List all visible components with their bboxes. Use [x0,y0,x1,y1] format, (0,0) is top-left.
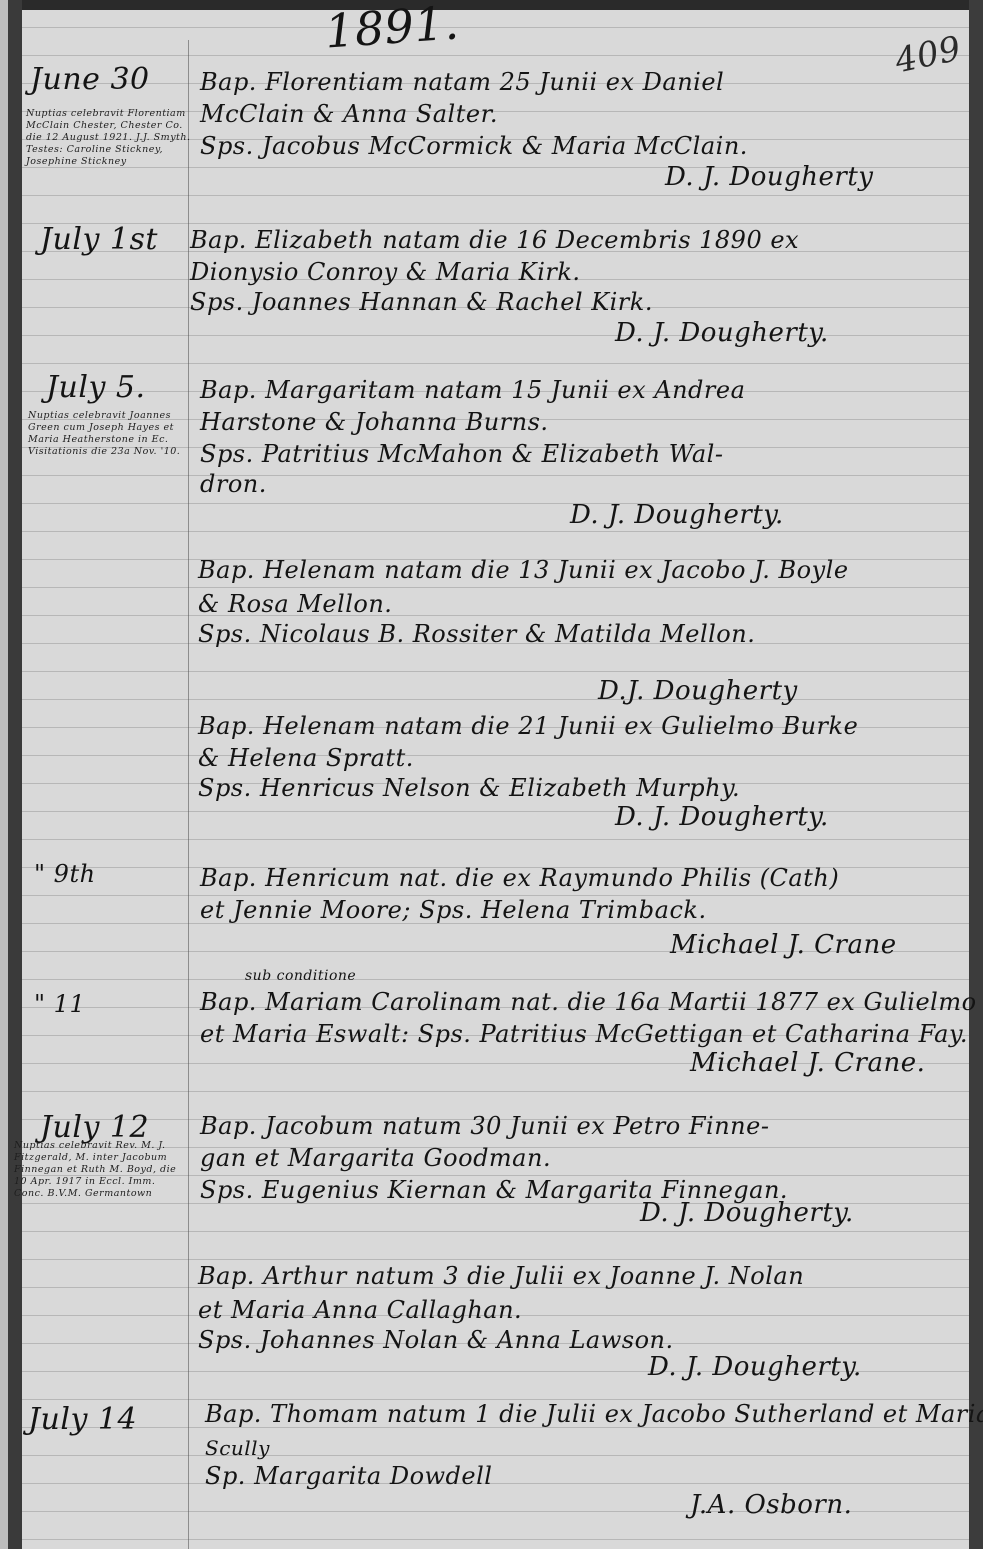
entry-line: Sps. Joannes Hannan & Rachel Kirk. [190,288,653,316]
entry-line: Bap. Margaritam natam 15 Junii ex Andrea [200,376,745,404]
priest-signature: D. J. Dougherty. [570,500,784,530]
entry-line: Bap. Jacobum natum 30 Junii ex Petro Fin… [200,1112,769,1140]
priest-signature: J.A. Osborn. [690,1490,852,1520]
register-page: 1891. 409 June 30 Nuptias celebravit Flo… [0,0,983,1549]
entry-line: et Jennie Moore; Sps. Helena Trimback. [200,896,707,924]
entry-date: " 9th [34,860,96,888]
entry-date: July 5. [46,370,146,405]
entry-line: Scully [205,1436,270,1460]
entry-date: July 14 [28,1402,137,1437]
entry-line: Sps. Nicolaus B. Rossiter & Matilda Mell… [198,620,755,648]
entry-line: Sps. Patritius McMahon & Elizabeth Wal- [200,440,723,468]
entry-line: Sps. Johannes Nolan & Anna Lawson. [198,1326,674,1354]
entry-line: Sps. Jacobus McCormick & Maria McClain. [200,132,748,160]
margin-note: Nuptias celebravit Rev. M. J. Fitzgerald… [14,1140,179,1200]
entry-line: dron. [200,470,267,498]
entry-line: Bap. Thomam natum 1 die Julii ex Jacobo … [205,1400,983,1428]
entry-line: et Maria Eswalt: Sps. Patritius McGettig… [200,1020,968,1048]
entry-line: Sp. Margarita Dowdell [205,1462,492,1490]
entry-line: Bap. Elizabeth natam die 16 Decembris 18… [190,226,799,254]
margin-note: Nuptias celebravit Joannes Green cum Jos… [28,410,193,458]
priest-signature: D. J. Dougherty. [615,318,829,348]
superscript-note: sub conditione [245,968,356,984]
entry-line: Bap. Helenam natam die 21 Junii ex Gulie… [198,712,858,740]
priest-signature: D. J. Dougherty. [648,1352,862,1382]
entry-line: gan et Margarita Goodman. [200,1144,551,1172]
page-number: 409 [892,29,965,82]
priest-signature: D. J. Dougherty. [640,1198,854,1228]
entry-line: Bap. Henricum nat. die ex Raymundo Phili… [200,864,839,892]
entry-line: Dionysio Conroy & Maria Kirk. [190,258,581,286]
entry-line: Sps. Henricus Nelson & Elizabeth Murphy. [198,774,740,802]
year-heading: 1891. [323,0,461,59]
entry-line: Bap. Arthur natum 3 die Julii ex Joanne … [198,1262,804,1290]
page-right-edge [969,0,983,1549]
priest-signature: Michael J. Crane. [690,1048,925,1078]
entry-line: et Maria Anna Callaghan. [198,1296,522,1324]
margin-rule [188,40,189,1549]
entry-line: & Helena Spratt. [198,744,414,772]
priest-signature: D.J. Dougherty [598,676,798,706]
facing-page-edge [0,0,8,1549]
entry-date: June 30 [30,62,150,97]
priest-signature: D. J. Dougherty [665,162,873,192]
margin-note: Nuptias celebravit Florentiam McClain Ch… [26,108,191,168]
priest-signature: D. J. Dougherty. [615,802,829,832]
entry-date: " 11 [34,990,85,1018]
binding-gutter [8,0,22,1549]
entry-line: Bap. Helenam natam die 13 Junii ex Jacob… [198,556,849,584]
entry-line: Bap. Mariam Carolinam nat. die 16a Marti… [200,988,983,1016]
priest-signature: Michael J. Crane [670,930,897,960]
entry-line: Harstone & Johanna Burns. [200,408,549,436]
entry-date: July 1st [40,222,158,257]
entry-line: Bap. Florentiam natam 25 Junii ex Daniel [200,68,724,96]
page-top-edge [0,0,983,10]
entry-line: & Rosa Mellon. [198,590,392,618]
entry-line: McClain & Anna Salter. [200,100,498,128]
